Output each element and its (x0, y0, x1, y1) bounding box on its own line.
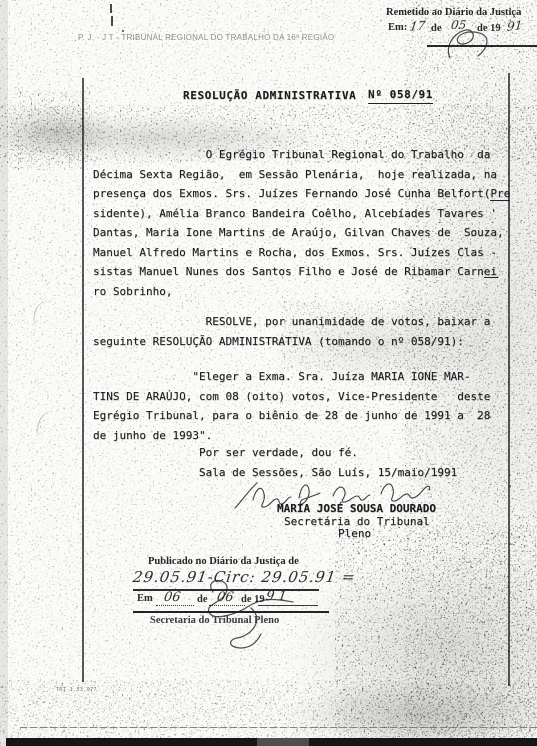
body-line: TINS DE ARAÚJO, com 08 (oito) votos, Vic… (93, 387, 490, 407)
paragraph-resolve: RESOLVE, por unanimidade de votos, baixa… (93, 312, 490, 351)
remetido-em-label: Em: (388, 22, 407, 33)
body-line: seguinte RESOLUÇÃO ADMINISTRATIVA (toman… (93, 332, 490, 352)
body-line: RESOLVE, por unanimidade de votos, baixa… (93, 312, 490, 332)
scan-fold-line (20, 727, 537, 728)
publicado-stamp-title: Publicado no Diário da Justiça de (148, 556, 299, 567)
body-line: presença dos Exmos. Srs. Juízes Fernando… (93, 184, 510, 204)
signature-flourish-icon (438, 22, 498, 62)
scan-mark (111, 16, 113, 26)
resolution-number: Nº 058/91 (368, 88, 433, 104)
scan-bottom-bar (6, 738, 537, 746)
pen-mark (34, 410, 58, 440)
body-line: ro Sobrinho, (93, 282, 510, 302)
scan-edge-strip (0, 0, 8, 746)
remetido-day-handwritten: 17 (409, 18, 427, 34)
form-code: TRT-1.53.077 (56, 687, 97, 693)
remetido-year-handwritten: 91 (506, 18, 523, 34)
body-line: Por ser verdade, dou fé. (93, 443, 457, 463)
pen-mark (31, 300, 54, 329)
left-margin-rule (82, 78, 84, 682)
secretary-name: MARIA JOSÉ SOUSA DOURADO (277, 502, 436, 515)
scan-mark (110, 4, 112, 13)
publicado-stamp-footer: Secretaria do Tribunal Pleno (150, 615, 279, 626)
scan-mark (122, 30, 124, 32)
body-line: sidente), Amélia Branco Bandeira Coêlho,… (93, 204, 510, 224)
body-line: Décima Sexta Região, em Sessão Plenária,… (93, 165, 510, 185)
body-line: Manuel Alfredo Martins e Rocha, dos Exmo… (93, 243, 510, 263)
body-line: "Eleger a Exma. Sra. Juíza MARIA IONE MA… (93, 367, 490, 387)
scanned-document-page: Remetido ao Diário da Justiça Em: 17 de … (0, 0, 537, 746)
document-header: P. J. - J T - TRIBUNAL REGIONAL DO TRABA… (78, 33, 334, 42)
secretary-role-pleno: Pleno (338, 527, 371, 540)
paragraph-election: "Eleger a Exma. Sra. Juíza MARIA IONE MA… (93, 367, 490, 445)
body-line: O Egrégio Tribunal Regional do Trabalho … (93, 145, 510, 165)
body-line: Egrégio Tribunal, para o biênio de 28 de… (93, 406, 490, 426)
scan-bottom-bar-segment (257, 738, 309, 746)
publicado-day-handwritten: 06 (163, 590, 182, 605)
paragraph-preamble: O Egrégio Tribunal Regional do Trabalho … (93, 145, 510, 301)
body-line: sistas Manuel Nunes dos Santos Filho e J… (93, 262, 510, 282)
page-title: RESOLUÇÃO ADMINISTRATIVA (183, 89, 356, 102)
body-line: Dantas, Maria Ione Martins de Araújo, Gi… (93, 223, 510, 243)
publicado-em-label: Em (137, 593, 153, 604)
remetido-stamp-title: Remetido ao Diário da Justiça (386, 7, 536, 18)
typewriter-underline (490, 200, 510, 201)
typewriter-underline (484, 277, 498, 278)
paragraph-closing: Por ser verdade, dou fé. Sala de Sessões… (93, 443, 457, 482)
publicado-stamp-line (133, 611, 329, 613)
